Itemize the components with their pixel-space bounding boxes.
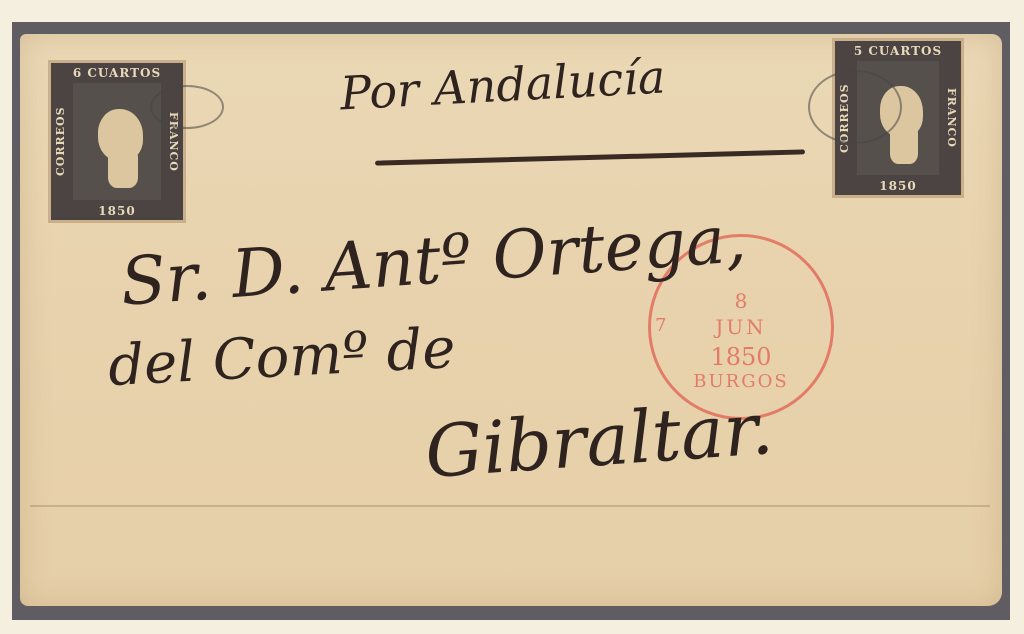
cancel-mark <box>808 70 902 144</box>
queen-portrait-icon <box>73 83 161 200</box>
postmark-year: 1850 <box>651 343 831 371</box>
stamp-right-text: FRANCO <box>942 63 958 173</box>
stamp-value: 5 CUARTOS <box>835 44 961 58</box>
stamp-year: 1850 <box>51 204 183 218</box>
postmark-day: 8 <box>651 289 831 313</box>
cancel-mark <box>150 85 224 129</box>
stamp-value: 6 CUARTOS <box>51 66 183 80</box>
stamp-left: 6 CUARTOS CORREOS FRANCO 1850 <box>48 60 186 223</box>
stamp-year: 1850 <box>835 179 961 193</box>
envelope-fold-line <box>30 505 990 507</box>
postmark-month: JUN <box>651 315 831 339</box>
stamp-left-text: CORREOS <box>54 85 70 198</box>
